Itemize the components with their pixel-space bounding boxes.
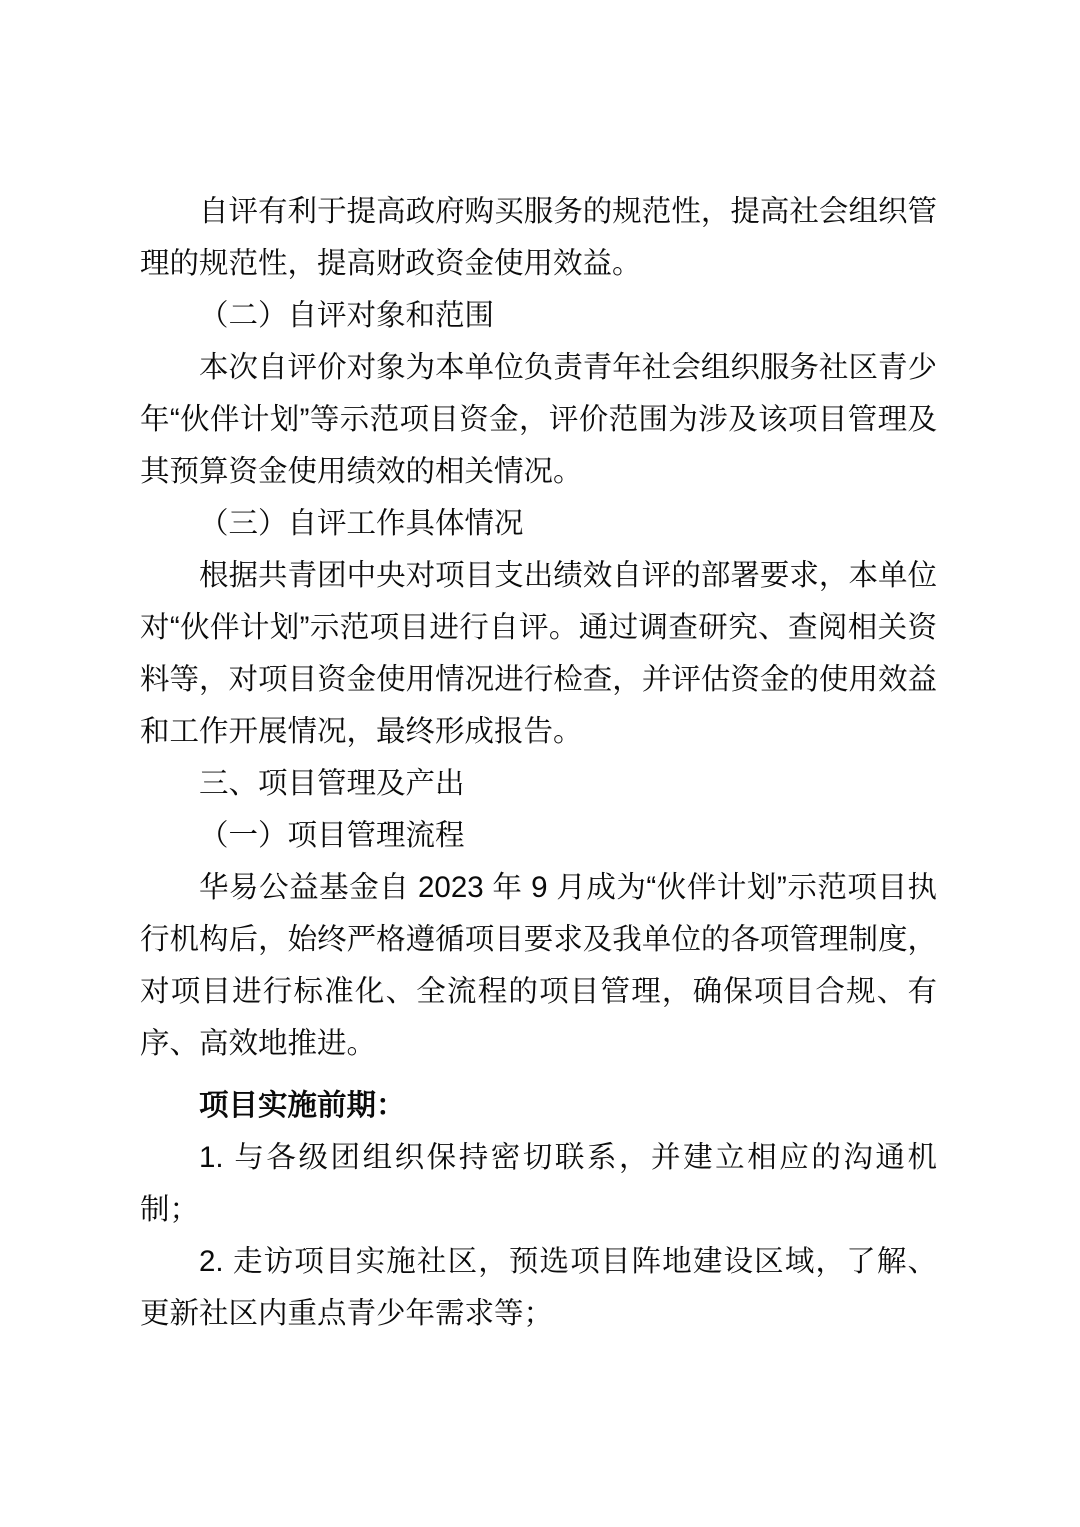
document-body: 自评有利于提高政府购买服务的规范性，提高社会组织管理的规范性，提高财政资金使用效… bbox=[140, 186, 937, 1340]
list-item-1: 1. 与各级团组织保持密切联系，并建立相应的沟通机制； bbox=[140, 1132, 937, 1236]
paragraph-eval-scope-detail: 本次自评价对象为本单位负责青年社会组织服务社区青少年“伙伴计划”等示范项目资金，… bbox=[140, 342, 937, 498]
paragraph-management-process-detail: 华易公益基金自 2023 年 9 月成为“伙伴计划”示范项目执行机构后，始终严格… bbox=[140, 862, 937, 1070]
subsection-heading-management-process: （一）项目管理流程 bbox=[140, 810, 937, 862]
paragraph-eval-work-detail: 根据共青团中央对项目支出绩效自评的部署要求，本单位对“伙伴计划”示范项目进行自评… bbox=[140, 550, 937, 758]
subsection-heading-eval-scope: （二）自评对象和范围 bbox=[140, 290, 937, 342]
phase-heading-pre-implementation: 项目实施前期： bbox=[140, 1080, 937, 1132]
section-heading-project-management: 三、项目管理及产出 bbox=[140, 758, 937, 810]
subsection-heading-eval-work: （三）自评工作具体情况 bbox=[140, 498, 937, 550]
list-item-2: 2. 走访项目实施社区，预选项目阵地建设区域，了解、更新社区内重点青少年需求等； bbox=[140, 1236, 937, 1340]
paragraph-self-eval-benefit: 自评有利于提高政府购买服务的规范性，提高社会组织管理的规范性，提高财政资金使用效… bbox=[140, 186, 937, 290]
document-page: 自评有利于提高政府购买服务的规范性，提高社会组织管理的规范性，提高财政资金使用效… bbox=[0, 0, 1080, 1527]
